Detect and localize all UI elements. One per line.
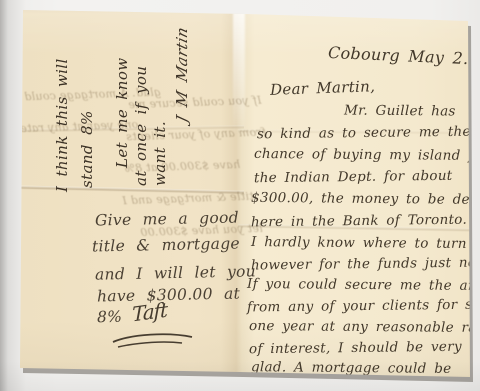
reply-note-line: have $300.00 at [97,285,240,306]
initials-underline-flourish [110,330,196,350]
initials-signature: Taft [132,297,167,326]
reply-note-line: 8% [97,308,123,327]
scanned-letter-image: glad. A mortgage could one year at any r… [0,0,480,391]
letter-body-line: so kind as to secure me the [257,124,471,143]
sideways-note-signature: J M Martin [174,6,190,124]
letter-body-line: from any of your clients for say [247,297,480,316]
letter-body-line: $300.00, the money to be deposited [251,190,480,208]
letter-body-line: If you could secure me the amt. [247,276,480,294]
sideways-note-line: stand 8% [79,8,95,188]
sideways-note: I think this will stand 8% Let me know a… [48,8,234,194]
reply-note-line: title & mortgage [92,234,240,255]
letter-body-line: Mr. Guillet has [344,103,456,120]
letter-paper: glad. A mortgage could one year at any r… [0,0,480,391]
sideways-note-line: I think this will [54,8,70,192]
letter-body-line: the Indian Dept. for about [254,168,453,186]
letter-body-line: of interest, I should be very [249,339,462,358]
letter-body-line: chance of buying my island from [254,146,480,164]
sideways-note-line: at once if you [133,8,149,186]
reply-note-line: Give me a good [95,208,239,229]
letter-body-line: one year at any reasonable rate [249,318,480,336]
sideways-note-line: Let me know [114,8,130,168]
letter-body-line: however for the funds just now, [251,255,480,274]
sideways-note-line: want it. [152,8,168,186]
letter-body-line: I hardly know where to turn [251,234,467,252]
reply-note-line: and I will let you [95,262,256,283]
letter-salutation: Dear Martin, [270,77,376,99]
scanner-bed-shading [0,361,480,391]
letter-body-line: here in the Bank of Toronto. [251,212,467,231]
